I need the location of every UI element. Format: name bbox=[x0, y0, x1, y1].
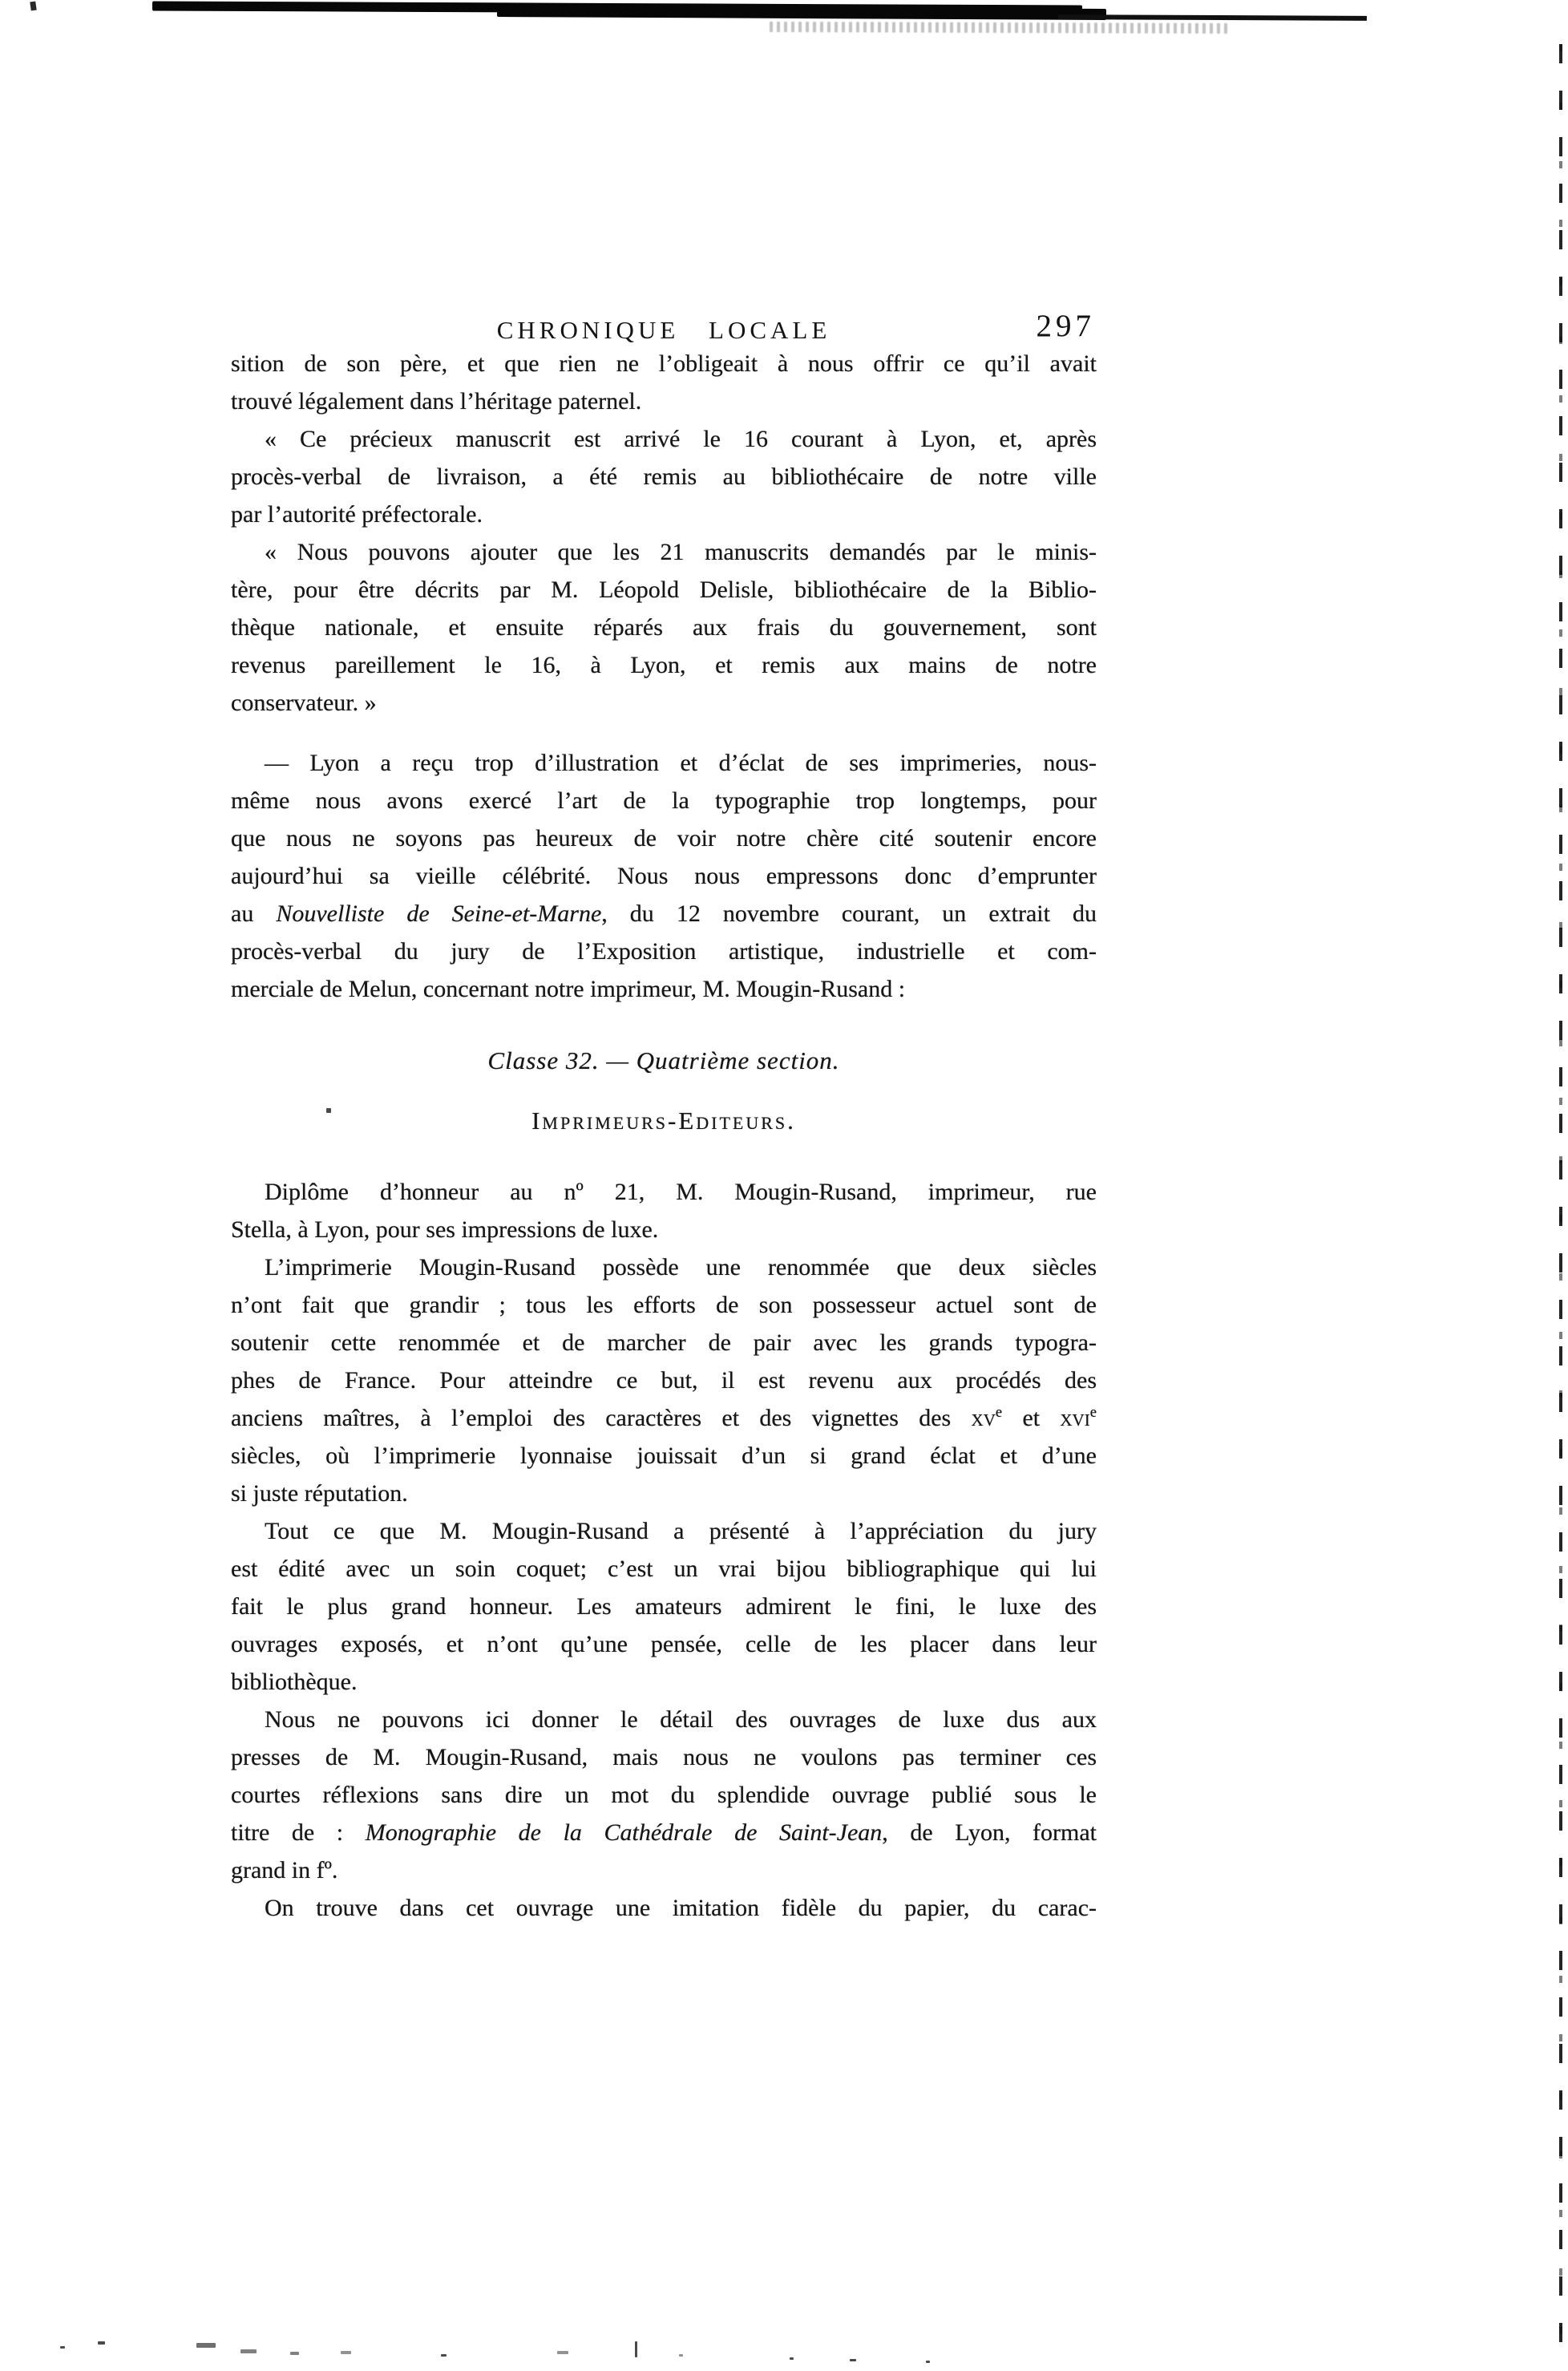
text-line: On trouve dans cet ouvrage une imitation… bbox=[231, 1889, 1097, 1927]
scan-speck bbox=[98, 2341, 105, 2345]
text-run: conservateur. » bbox=[231, 690, 377, 716]
paragraph: Nous ne pouvons ici donner le détail des… bbox=[231, 1701, 1097, 1889]
text-run: fait le plus grand honneur. Les amateurs… bbox=[231, 1593, 1097, 1620]
smallcaps-text: xvi bbox=[1060, 1405, 1089, 1431]
text-line: — Lyon a reçu trop d’illustration et d’é… bbox=[231, 744, 1097, 782]
scan-artifact-top-bar-thick bbox=[497, 6, 1106, 20]
paragraph: sition de son père, et que rien ne l’obl… bbox=[231, 345, 1097, 420]
text-line: « Ce précieux manuscrit est arrivé le 16… bbox=[231, 420, 1097, 458]
page-number: 297 bbox=[1037, 308, 1096, 344]
text-run: si juste réputation. bbox=[231, 1480, 408, 1507]
text-line: par l’autorité préfectorale. bbox=[231, 496, 1097, 533]
text-run: même nous avons exercé l’art de la typog… bbox=[231, 787, 1097, 814]
text-run: siècles, où l’imprimerie lyonnaise jouis… bbox=[231, 1442, 1097, 1469]
text-line: siècles, où l’imprimerie lyonnaise jouis… bbox=[231, 1437, 1097, 1475]
text-run: Classe 32. — Quatrième section. bbox=[487, 1046, 839, 1074]
text-line: soutenir cette renommée et de marcher de… bbox=[231, 1324, 1097, 1362]
scan-speck bbox=[196, 2343, 216, 2348]
paragraph: L’imprimerie Mougin-Rusand possède une r… bbox=[231, 1248, 1097, 1512]
text-line: procès-verbal de livraison, a été remis … bbox=[231, 458, 1097, 496]
text-run: « Nous pouvons ajouter que les 21 manusc… bbox=[265, 539, 1097, 565]
text-line: merciale de Melun, concernant notre impr… bbox=[231, 970, 1097, 1008]
italic-text: Monographie de la Cathédrale de Saint-Je… bbox=[366, 1819, 883, 1846]
paragraph: Diplôme d’honneur au nº 21, M. Mougin-Ru… bbox=[231, 1173, 1097, 1248]
paragraph: « Nous pouvons ajouter que les 21 manusc… bbox=[231, 533, 1097, 722]
text-run: et bbox=[1002, 1405, 1060, 1431]
scan-speck bbox=[926, 2361, 930, 2363]
scan-speck bbox=[635, 2341, 637, 2357]
text-run: procès-verbal du jury de l’Exposition ar… bbox=[231, 938, 1097, 965]
text-run: procès-verbal de livraison, a été remis … bbox=[231, 463, 1097, 490]
paragraph: On trouve dans cet ouvrage une imitation… bbox=[231, 1889, 1097, 1927]
text-line: L’imprimerie Mougin-Rusand possède une r… bbox=[231, 1248, 1097, 1286]
text-run: sition de son père, et que rien ne l’obl… bbox=[231, 350, 1097, 377]
text-line: est édité avec un soin coquet; c’est un … bbox=[231, 1550, 1097, 1588]
text-run: phes de France. Pour atteindre ce but, i… bbox=[231, 1367, 1097, 1394]
text-run: est édité avec un soin coquet; c’est un … bbox=[231, 1556, 1097, 1582]
scan-speck bbox=[290, 2352, 299, 2355]
text-line: Tout ce que M. Mougin-Rusand a présenté … bbox=[231, 1512, 1097, 1550]
scan-artifact-top-bar bbox=[152, 1, 1082, 14]
text-run: thèque nationale, et ensuite réparés aux… bbox=[231, 614, 1097, 641]
text-line: thèque nationale, et ensuite réparés aux… bbox=[231, 609, 1097, 646]
scan-artifact-top-bar-tail bbox=[1058, 14, 1367, 21]
text-run: Imprimeurs-Editeurs. bbox=[531, 1107, 796, 1135]
text-line: « Nous pouvons ajouter que les 21 manusc… bbox=[231, 533, 1097, 571]
text-run: tère, pour être décrits par M. Léopold D… bbox=[231, 577, 1097, 603]
text-line: n’ont fait que grandir ; tous les effort… bbox=[231, 1286, 1097, 1324]
text-run: Diplôme d’honneur au nº 21, M. Mougin-Ru… bbox=[265, 1179, 1097, 1205]
text-run: courtes réflexions sans dire un mot du s… bbox=[231, 1782, 1097, 1808]
paragraph: — Lyon a reçu trop d’illustration et d’é… bbox=[231, 744, 1097, 1008]
section-heading: Imprimeurs-Editeurs. bbox=[231, 1102, 1097, 1139]
text-line: phes de France. Pour atteindre ce but, i… bbox=[231, 1362, 1097, 1399]
text-line: Classe 32. — Quatrième section. bbox=[231, 1042, 1097, 1079]
text-line: bibliothèque. bbox=[231, 1663, 1097, 1701]
text-run: bibliothèque. bbox=[231, 1669, 357, 1695]
text-run: n’ont fait que grandir ; tous les effort… bbox=[231, 1292, 1097, 1318]
paragraph: « Ce précieux manuscrit est arrivé le 16… bbox=[231, 420, 1097, 533]
text-line: Imprimeurs-Editeurs. bbox=[231, 1102, 1097, 1139]
text-line: Nous ne pouvons ici donner le détail des… bbox=[231, 1701, 1097, 1738]
section-heading: Classe 32. — Quatrième section. bbox=[231, 1042, 1097, 1079]
text-run: Nous ne pouvons ici donner le détail des… bbox=[265, 1706, 1097, 1733]
paragraph: Tout ce que M. Mougin-Rusand a présenté … bbox=[231, 1512, 1097, 1701]
italic-text: Nouvelliste de Seine-et-Marne bbox=[276, 900, 601, 927]
text-run: Tout ce que M. Mougin-Rusand a présenté … bbox=[265, 1518, 1097, 1544]
text-run: ouvrages exposés, et n’ont qu’une pensée… bbox=[231, 1631, 1097, 1657]
text-line: au Nouvelliste de Seine-et-Marne, du 12 … bbox=[231, 895, 1097, 933]
text-line: courtes réflexions sans dire un mot du s… bbox=[231, 1776, 1097, 1814]
text-line: Diplôme d’honneur au nº 21, M. Mougin-Ru… bbox=[231, 1173, 1097, 1211]
text-line: titre de : Monographie de la Cathédrale … bbox=[231, 1814, 1097, 1851]
scanned-book-page: CHRONIQUE LOCALE 297 sition de son père,… bbox=[0, 0, 1568, 2371]
text-run: Stella, à Lyon, pour ses impressions de … bbox=[231, 1216, 658, 1243]
text-line: conservateur. » bbox=[231, 684, 1097, 722]
text-run: , du 12 novembre courant, un extrait du bbox=[601, 900, 1097, 927]
scan-speck bbox=[441, 2354, 447, 2357]
text-run: L’imprimerie Mougin-Rusand possède une r… bbox=[265, 1254, 1097, 1281]
text-line: revenus pareillement le 16, à Lyon, et r… bbox=[231, 646, 1097, 684]
running-header-title: CHRONIQUE LOCALE bbox=[231, 316, 1097, 345]
text-line: que nous ne soyons pas heureux de voir n… bbox=[231, 819, 1097, 857]
text-run: On trouve dans cet ouvrage une imitation… bbox=[265, 1895, 1097, 1921]
text-run: par l’autorité préfectorale. bbox=[231, 501, 483, 528]
text-line: tère, pour être décrits par M. Léopold D… bbox=[231, 571, 1097, 609]
scan-speck bbox=[790, 2357, 794, 2360]
text-run: titre de : bbox=[231, 1819, 366, 1846]
text-run: anciens maîtres, à l’emploi des caractèr… bbox=[231, 1405, 972, 1431]
text-line: presses de M. Mougin-Rusand, mais nous n… bbox=[231, 1738, 1097, 1776]
text-run: presses de M. Mougin-Rusand, mais nous n… bbox=[231, 1744, 1097, 1770]
scan-speck bbox=[240, 2349, 257, 2353]
text-run: au bbox=[231, 900, 276, 927]
smallcaps-text: xv bbox=[972, 1405, 996, 1431]
scan-artifact-top-fuzz bbox=[770, 22, 1231, 34]
text-run: que nous ne soyons pas heureux de voir n… bbox=[231, 825, 1097, 852]
text-run: « Ce précieux manuscrit est arrivé le 16… bbox=[265, 426, 1097, 452]
scan-artifact-gutter-line bbox=[1559, 44, 1562, 2361]
text-run: trouvé légalement dans l’héritage patern… bbox=[231, 388, 641, 415]
text-line: procès-verbal du jury de l’Exposition ar… bbox=[231, 933, 1097, 970]
body-text: sition de son père, et que rien ne l’obl… bbox=[231, 345, 1097, 1927]
scan-speck bbox=[557, 2351, 568, 2354]
text-line: si juste réputation. bbox=[231, 1475, 1097, 1512]
text-run: soutenir cette renommée et de marcher de… bbox=[231, 1329, 1097, 1356]
text-line: trouvé légalement dans l’héritage patern… bbox=[231, 382, 1097, 420]
text-line: anciens maîtres, à l’emploi des caractèr… bbox=[231, 1399, 1097, 1437]
scan-artifact-corner-mark bbox=[30, 2, 36, 11]
text-run: grand in fº. bbox=[231, 1857, 337, 1883]
scan-speck bbox=[679, 2354, 683, 2357]
superscript-text: e bbox=[1090, 1404, 1097, 1421]
superscript-text: e bbox=[996, 1404, 1002, 1421]
text-line: sition de son père, et que rien ne l’obl… bbox=[231, 345, 1097, 382]
text-line: ouvrages exposés, et n’ont qu’une pensée… bbox=[231, 1625, 1097, 1663]
text-run: , de Lyon, format bbox=[882, 1819, 1097, 1846]
text-line: grand in fº. bbox=[231, 1851, 1097, 1889]
scan-speck bbox=[341, 2351, 351, 2354]
text-line: même nous avons exercé l’art de la typog… bbox=[231, 782, 1097, 819]
text-line: fait le plus grand honneur. Les amateurs… bbox=[231, 1588, 1097, 1625]
scan-speck bbox=[850, 2359, 856, 2361]
text-line: aujourd’hui sa vieille célébrité. Nous n… bbox=[231, 857, 1097, 895]
scan-speck bbox=[60, 2346, 65, 2349]
text-run: aujourd’hui sa vieille célébrité. Nous n… bbox=[231, 863, 1097, 889]
text-run: merciale de Melun, concernant notre impr… bbox=[231, 976, 905, 1002]
text-run: — Lyon a reçu trop d’illustration et d’é… bbox=[265, 750, 1097, 776]
text-line: Stella, à Lyon, pour ses impressions de … bbox=[231, 1211, 1097, 1248]
text-run: revenus pareillement le 16, à Lyon, et r… bbox=[231, 652, 1097, 678]
